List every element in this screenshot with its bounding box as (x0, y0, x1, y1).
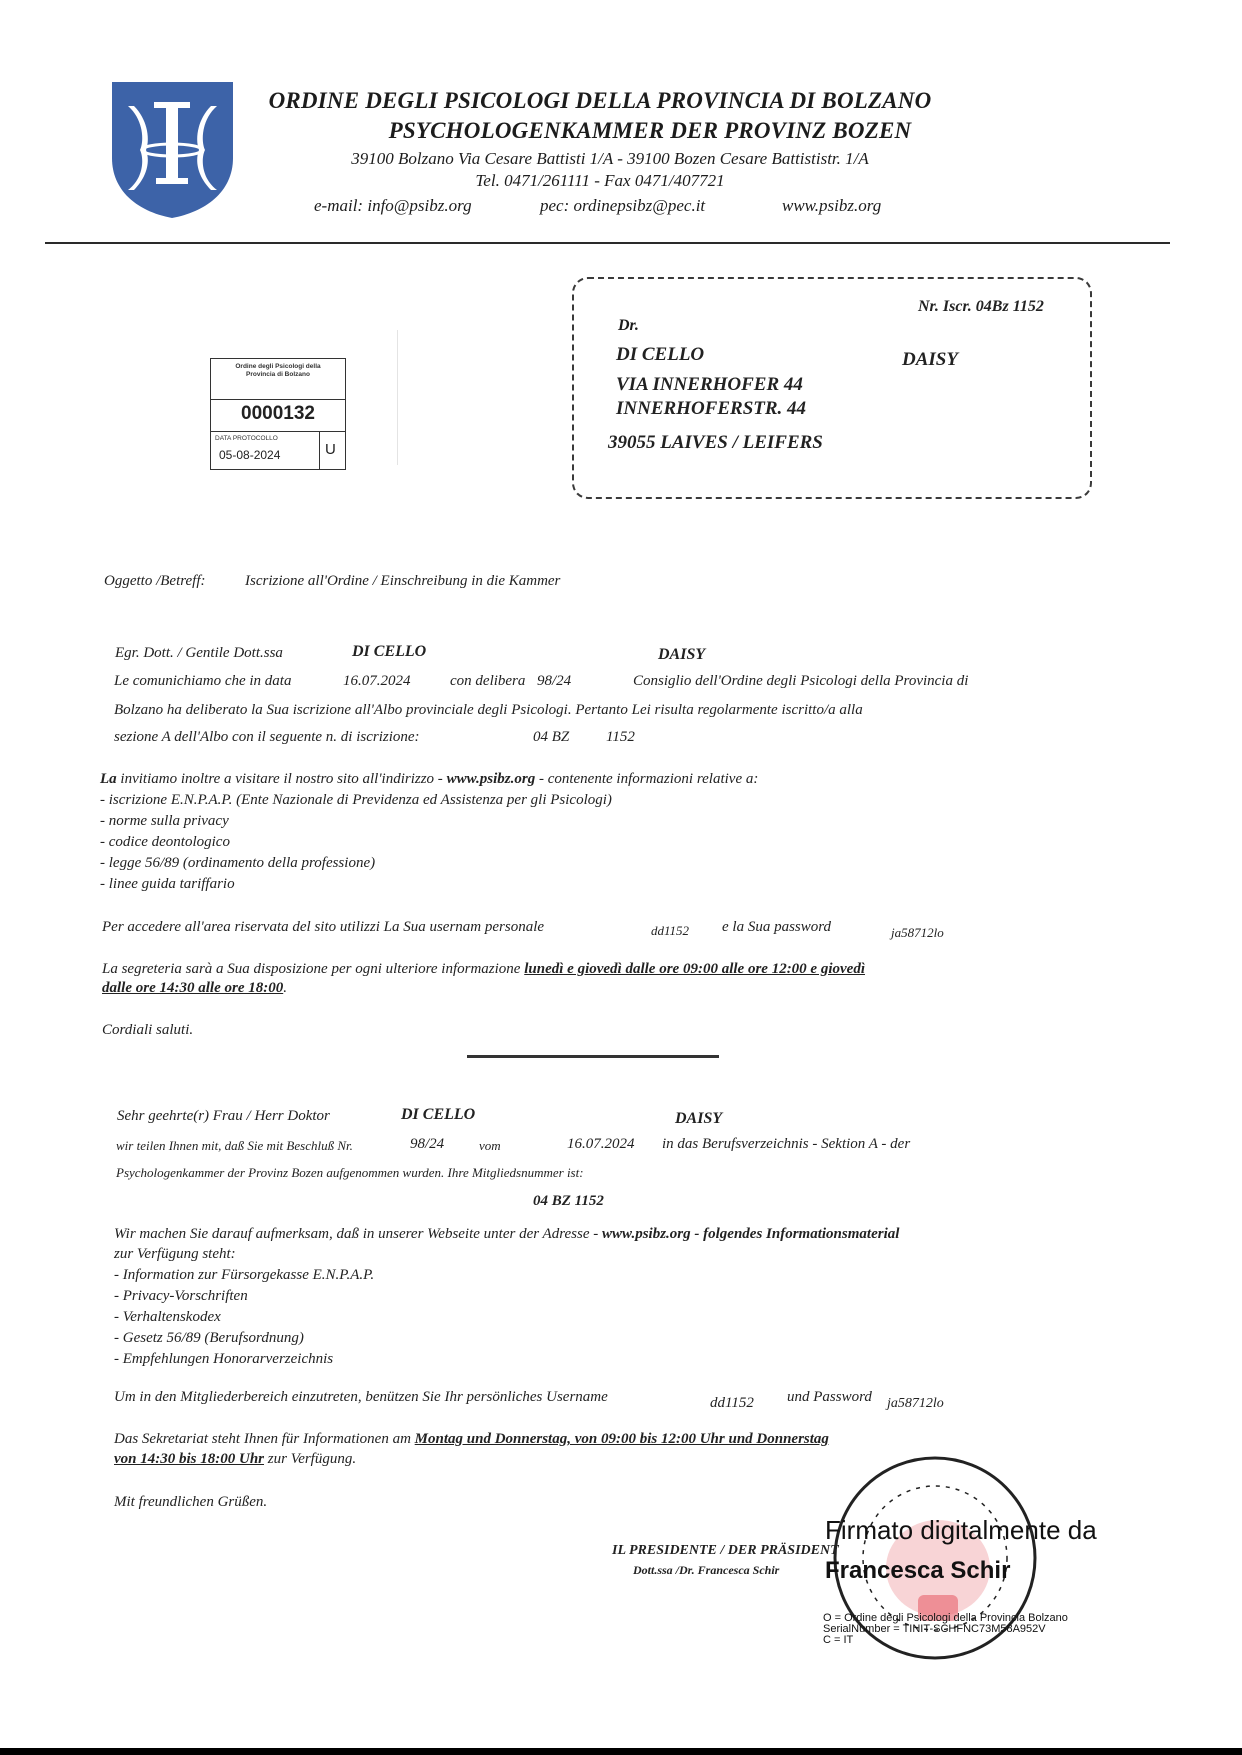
it-p1-delibera: 98/24 (537, 673, 571, 690)
de-salutation: Sehr geehrte(r) Frau / Herr Doktor (117, 1108, 330, 1125)
de-first-name: DAISY (675, 1110, 722, 1128)
it-p1-b: con delibera (450, 673, 525, 690)
de-access-text: Um in den Mitgliederbereich einzutreten,… (114, 1389, 608, 1406)
de-office-line1: Das Sekretariat steht Ihnen für Informat… (114, 1431, 829, 1448)
org-email: e-mail: info@psibz.org (314, 196, 472, 216)
de-list-item: - Empfehlungen Honorarverzeichnis (114, 1351, 333, 1368)
it-office-line2: dalle ore 14:30 alle ore 18:00. (102, 980, 287, 997)
shield-logo-icon (110, 80, 235, 220)
digital-signature-line1: Firmato digitalmente da (825, 1515, 1097, 1546)
it-p1-date: 16.07.2024 (343, 673, 411, 690)
fold-mark (397, 330, 398, 465)
de-site-link[interactable]: www.psibz.org (602, 1226, 691, 1242)
protocol-date-label: DATA PROTOCOLLO (215, 435, 278, 442)
it-username: dd1152 (651, 923, 689, 939)
de-list-item: - Privacy-Vorschriften (114, 1288, 248, 1305)
it-surname: DI CELLO (352, 643, 426, 661)
header-divider (45, 242, 1170, 244)
de-username: dd1152 (710, 1395, 754, 1412)
it-password-label: e la Sua password (722, 919, 831, 936)
recipient-surname: DI CELLO (616, 344, 704, 366)
it-list-item: - codice deontologico (100, 834, 230, 851)
org-pec: pec: ordinepsibz@pec.it (540, 196, 705, 216)
it-p1-c: Consiglio dell'Ordine degli Psicologi de… (633, 673, 968, 690)
recipient-street-de: INNERHOFERSTR. 44 (616, 398, 806, 420)
de-p1-a: wir teilen Ihnen mit, daß Sie mit Beschl… (116, 1138, 353, 1154)
signature-role: IL PRESIDENTE / DER PRÄSIDENT (612, 1543, 839, 1559)
it-first-name: DAISY (658, 646, 705, 664)
de-list-item: - Gesetz 56/89 (Berufsordnung) (114, 1330, 304, 1347)
de-password-label: und Password (787, 1389, 872, 1406)
org-phone-fax: Tel. 0471/261111 - Fax 0471/407721 (250, 171, 950, 191)
it-closing: Cordiali saluti. (102, 1022, 193, 1039)
de-closing: Mit freundlichen Grüßen. (114, 1494, 267, 1511)
de-list-item: - Information zur Fürsorgekasse E.N.P.A.… (114, 1267, 374, 1284)
subject-label: Oggetto /Betreff: (104, 573, 206, 590)
it-password: ja58712lo (891, 925, 944, 941)
de-office-line2: von 14:30 bis 18:00 Uhr zur Verfügung. (114, 1451, 356, 1468)
signature-name: Dott.ssa /Dr. Francesca Schir (633, 1563, 779, 1578)
it-p1-line2: Bolzano ha deliberato la Sua iscrizione … (114, 702, 863, 719)
protocol-date: 05-08-2024 (219, 448, 280, 462)
protocol-stamp: Ordine degli Psicologi della Provincia d… (210, 358, 346, 470)
de-p1-line2: Psychologenkammer der Provinz Bozen aufg… (116, 1165, 584, 1181)
section-divider (467, 1055, 719, 1058)
digital-signature-serial: SerialNumber = TINIT-SCHFNC73M58A952V (823, 1624, 1046, 1635)
it-reg-number-b: 1152 (606, 729, 635, 746)
protocol-number: 0000132 (211, 403, 345, 425)
de-p2-line2: zur Verfügung steht: (114, 1246, 236, 1263)
digital-signature-country: C = IT (823, 1635, 853, 1646)
it-list-item: - linee guida tariffario (100, 876, 235, 893)
it-salutation: Egr. Dott. / Gentile Dott.ssa (115, 645, 283, 662)
de-p1-b: vom (479, 1138, 501, 1154)
it-p2-intro: La invitiamo inoltre a visitare il nostr… (100, 771, 758, 788)
digital-signature-line2: Francesca Schir (825, 1557, 1010, 1585)
stamp-org: Ordine degli Psicologi della Provincia d… (211, 363, 345, 379)
it-office-line1: La segreteria sarà a Sua disposizione pe… (102, 961, 865, 978)
recipient-street-it: VIA INNERHOFER 44 (616, 374, 803, 396)
de-p2-line1: Wir machen Sie darauf aufmerksam, daß in… (114, 1226, 899, 1243)
org-title-italian: ORDINE DEGLI PSICOLOGI DELLA PROVINCIA D… (250, 88, 950, 114)
de-surname: DI CELLO (401, 1106, 475, 1124)
de-password: ja58712lo (887, 1396, 944, 1412)
recipient-title: Dr. (618, 317, 639, 335)
de-member-number: 04 BZ 1152 (533, 1193, 604, 1210)
org-website: www.psibz.org (782, 196, 881, 216)
it-list-item: - iscrizione E.N.P.A.P. (Ente Nazionale … (100, 792, 612, 809)
de-p1-date: 16.07.2024 (567, 1136, 635, 1153)
recipient-city: 39055 LAIVES / LEIFERS (608, 432, 823, 454)
it-p1-line3: sezione A dell'Albo con il seguente n. d… (114, 729, 420, 746)
it-access-text: Per accedere all'area riservata del sito… (102, 919, 544, 936)
protocol-direction: U (325, 441, 336, 458)
recipient-first-name: DAISY (902, 349, 958, 371)
de-office-hours: Montag und Donnerstag, von 09:00 bis 12:… (415, 1431, 829, 1447)
it-reg-number-a: 04 BZ (533, 729, 569, 746)
it-site-link[interactable]: www.psibz.org (447, 771, 536, 787)
scan-edge (0, 1748, 1242, 1755)
it-list-item: - legge 56/89 (ordinamento della profess… (100, 855, 375, 872)
org-address: 39100 Bolzano Via Cesare Battisti 1/A - … (260, 149, 960, 169)
it-office-hours: lunedì e giovedì dalle ore 09:00 alle or… (524, 961, 865, 977)
de-list-item: - Verhaltenskodex (114, 1309, 221, 1326)
it-p1-a: Le comunichiamo che in data (114, 673, 291, 690)
it-list-item: - norme sulla privacy (100, 813, 229, 830)
de-p1-c: in das Berufsverzeichnis - Sektion A - d… (662, 1136, 910, 1153)
registration-number: Nr. Iscr. 04Bz 1152 (918, 298, 1044, 316)
subject-text: Iscrizione all'Ordine / Einschreibung in… (245, 573, 560, 590)
org-title-german: PSYCHOLOGENKAMMER DER PROVINZ BOZEN (300, 118, 1000, 144)
de-p1-beschluss: 98/24 (410, 1136, 444, 1153)
